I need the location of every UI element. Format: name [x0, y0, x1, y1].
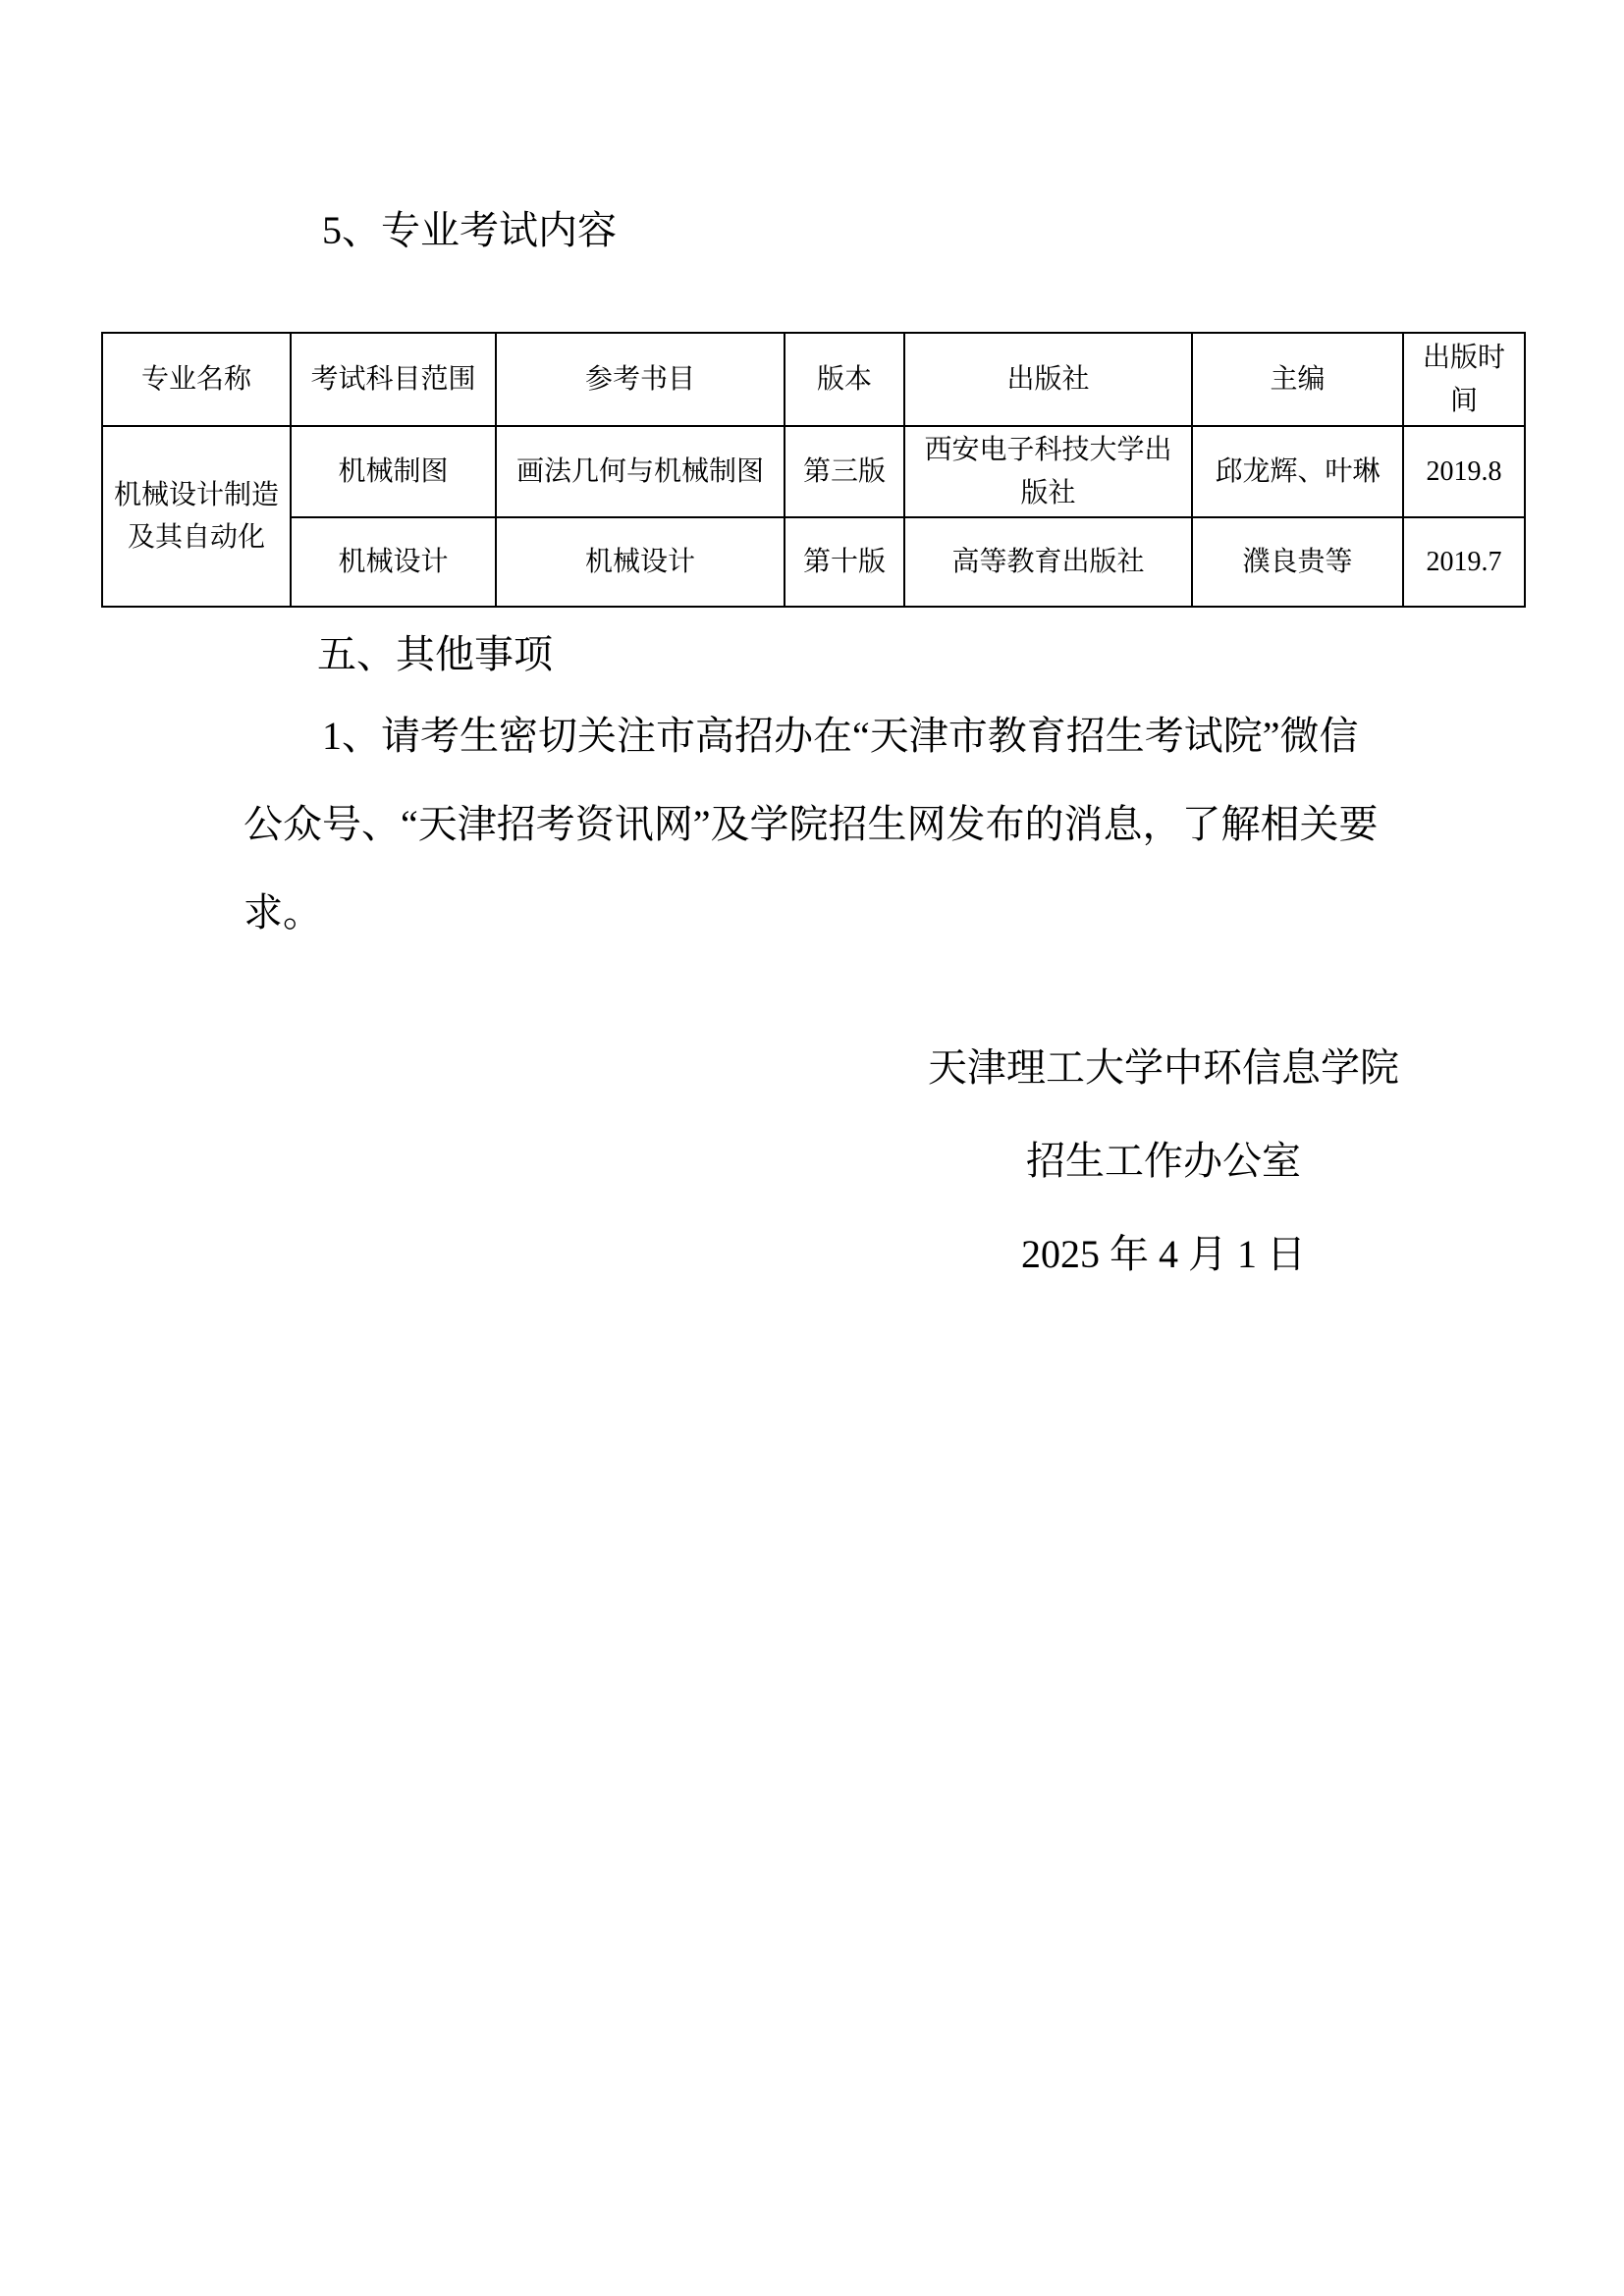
table-row: 机械设计 机械设计 第十版 高等教育出版社 濮良贵等 2019.7 [102, 517, 1525, 607]
cell-pub-date: 2019.7 [1403, 517, 1525, 607]
cell-book: 机械设计 [496, 517, 785, 607]
signature-org: 天津理工大学中环信息学院 [884, 1021, 1443, 1114]
cell-edition: 第十版 [785, 517, 904, 607]
cell-edition: 第三版 [785, 426, 904, 517]
col-header-major: 专业名称 [102, 333, 291, 426]
cell-editor: 濮良贵等 [1192, 517, 1403, 607]
section-heading-other-matters: 五、其他事项 [317, 632, 553, 677]
document-page: 5、专业考试内容 专业名称 考试科目范围 参考书目 版本 出版社 主编 出版时间 [0, 0, 1624, 2296]
cell-publisher: 西安电子科技大学出版社 [904, 426, 1192, 517]
cell-subject: 机械制图 [291, 426, 496, 517]
col-header-book: 参考书目 [496, 333, 785, 426]
col-header-editor: 主编 [1192, 333, 1403, 426]
notice-paragraph: 1、请考生密切关注市高招办在“天津市教育招生考试院”微信 公众号、“天津招考资讯… [244, 692, 1422, 957]
table-row: 机械设计制造及其自动化 机械制图 画法几何与机械制图 第三版 西安电子科技大学出… [102, 426, 1525, 517]
cell-pub-date: 2019.8 [1403, 426, 1525, 517]
signature-block: 天津理工大学中环信息学院 招生工作办公室 2025 年 4 月 1 日 [884, 1021, 1443, 1301]
table-header-row: 专业名称 考试科目范围 参考书目 版本 出版社 主编 出版时间 [102, 333, 1525, 426]
col-header-edition: 版本 [785, 333, 904, 426]
signature-office: 招生工作办公室 [884, 1114, 1443, 1207]
cell-editor: 邱龙辉、叶琳 [1192, 426, 1403, 517]
cell-book: 画法几何与机械制图 [496, 426, 785, 517]
notice-line: 公众号、“天津招考资讯网”及学院招生网发布的消息，了解相关要 [244, 780, 1422, 869]
cell-subject: 机械设计 [291, 517, 496, 607]
col-header-subject: 考试科目范围 [291, 333, 496, 426]
cell-major: 机械设计制造及其自动化 [102, 426, 291, 607]
cell-publisher: 高等教育出版社 [904, 517, 1192, 607]
col-header-pub-date: 出版时间 [1403, 333, 1525, 426]
section-heading-exam-content: 5、专业考试内容 [322, 208, 617, 253]
notice-line: 求。 [244, 869, 1422, 957]
notice-line: 1、请考生密切关注市高招办在“天津市教育招生考试院”微信 [244, 692, 1422, 780]
col-header-publisher: 出版社 [904, 333, 1192, 426]
exam-content-table: 专业名称 考试科目范围 参考书目 版本 出版社 主编 出版时间 机械设计制造及其… [101, 332, 1526, 608]
signature-date: 2025 年 4 月 1 日 [884, 1207, 1443, 1301]
